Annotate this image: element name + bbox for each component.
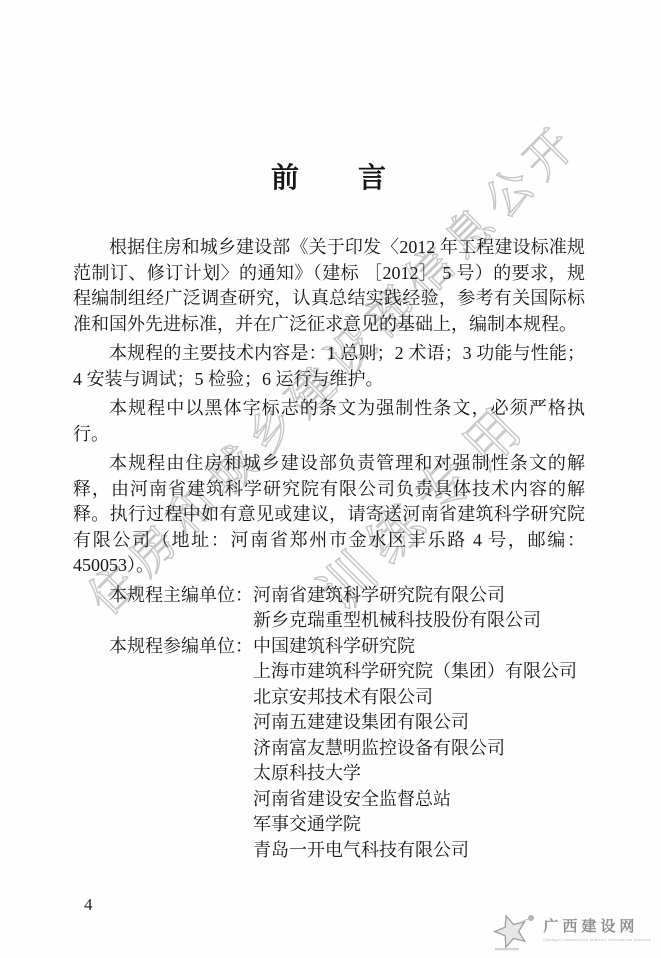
participating-editor-unit: 军事交通学院 <box>253 812 577 838</box>
paragraph: 本规程中以黑体字标志的条文为强制性条文，必须严格执行。 <box>73 396 585 447</box>
paragraph: 本规程由住房和城乡建设部负责管理和对强制性条文的解释，由河南省建筑科学研究院有限… <box>73 451 585 579</box>
paragraph: 根据住房和城乡建设部《关于印发〈2012 年工程建设标准规范制订、修订计划〉的通… <box>73 235 585 337</box>
participating-editor-unit: 北京安邦技术有限公司 <box>253 685 577 711</box>
site-logo-name: 广西建设网 <box>543 919 651 936</box>
participating-editor-unit: 中国建筑科学研究院 <box>253 634 577 660</box>
participating-editor-unit: 济南富友慧明监控设备有限公司 <box>253 736 577 762</box>
document-page: 住房和城乡建设部信息公开 训练专用 前 言 根据住房和城乡建设部《关于印发〈20… <box>0 0 661 958</box>
chief-editor-unit: 新乡克瑞重型机械科技股份有限公司 <box>253 608 541 634</box>
page-number: 4 <box>84 895 93 915</box>
chief-editor-units: 河南省建筑科学研究院有限公司新乡克瑞重型机械科技股份有限公司 <box>253 583 541 634</box>
participating-editor-label: 本规程参编单位： <box>109 634 253 660</box>
participating-editor-unit: 青岛一开电气科技有限公司 <box>253 838 577 864</box>
page-content: 前 言 根据住房和城乡建设部《关于印发〈2012 年工程建设标准规范制订、修订计… <box>73 0 585 863</box>
chief-editor-label: 本规程主编单位： <box>109 583 253 609</box>
editor-units-section: 本规程主编单位： 河南省建筑科学研究院有限公司新乡克瑞重型机械科技股份有限公司 … <box>109 583 585 864</box>
site-logo: 广西建设网 Guangxi construction industry info… <box>491 909 651 953</box>
participating-editor-unit: 河南五建建设集团有限公司 <box>253 710 577 736</box>
chief-editor-row: 本规程主编单位： 河南省建筑科学研究院有限公司新乡克瑞重型机械科技股份有限公司 <box>109 583 585 634</box>
foreword-paragraphs: 根据住房和城乡建设部《关于印发〈2012 年工程建设标准规范制订、修订计划〉的通… <box>73 235 585 579</box>
page-title: 前 言 <box>73 163 585 195</box>
star-icon <box>491 909 539 953</box>
paragraph: 本规程的主要技术内容是：1 总则；2 术语；3 功能与性能；4 安装与调试；5 … <box>73 341 585 392</box>
site-logo-tagline: Guangxi construction industry informatio… <box>543 936 651 943</box>
participating-editor-units: 中国建筑科学研究院上海市建筑科学研究院（集团）有限公司北京安邦技术有限公司河南五… <box>253 634 577 864</box>
participating-editor-row: 本规程参编单位： 中国建筑科学研究院上海市建筑科学研究院（集团）有限公司北京安邦… <box>109 634 585 864</box>
participating-editor-unit: 河南省建设安全监督总站 <box>253 787 577 813</box>
participating-editor-unit: 太原科技大学 <box>253 761 577 787</box>
participating-editor-unit: 上海市建筑科学研究院（集团）有限公司 <box>253 659 577 685</box>
chief-editor-unit: 河南省建筑科学研究院有限公司 <box>253 583 541 609</box>
site-logo-text: 广西建设网 Guangxi construction industry info… <box>543 919 651 943</box>
